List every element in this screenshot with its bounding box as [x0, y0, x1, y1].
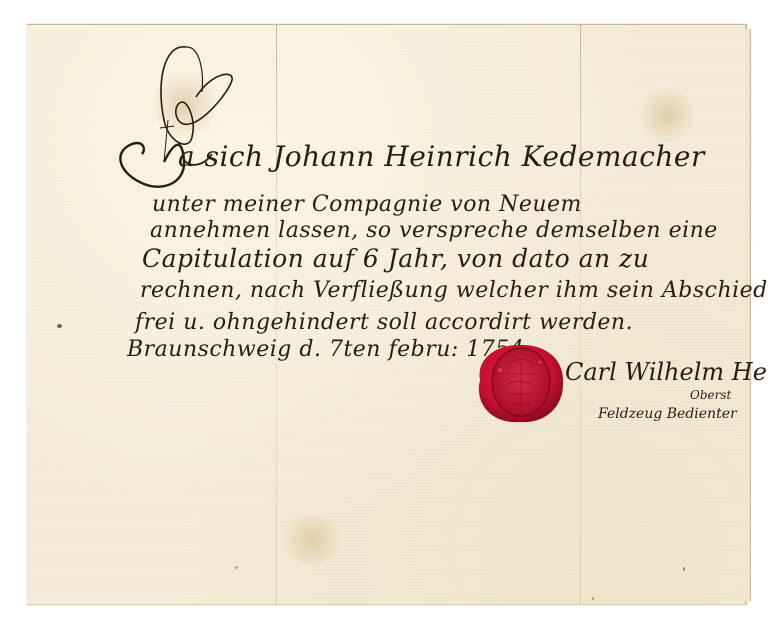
text-line-3: annehmen lassen, so verspreche demselben… — [150, 218, 718, 243]
ink-spot — [235, 566, 238, 569]
ink-spot — [57, 324, 62, 328]
wax-seal — [470, 340, 568, 426]
ink-spot — [592, 597, 594, 600]
text-line-1: a sich Johann Heinrich Kedemacher — [178, 140, 705, 173]
text-line-1-content: a sich Johann Heinrich Kedemacher — [178, 140, 705, 173]
text-line-6: frei u. ohngehindert soll accordirt werd… — [135, 310, 633, 335]
text-line-5: rechnen, nach Verfließung welcher ihm se… — [140, 278, 768, 303]
signature-title: Oberst — [690, 388, 731, 402]
date-line: Braunschweig d. 7ten febru: 1754 — [127, 337, 524, 362]
foxing-stain — [637, 85, 697, 145]
text-line-4: Capitulation auf 6 Jahr, von dato an zu — [142, 244, 649, 273]
text-line-2: unter meiner Compagnie von Neuem — [152, 192, 582, 217]
signature-rank: Feldzeug Bedienter — [598, 406, 737, 422]
foxing-stain — [277, 515, 347, 565]
paper-edge — [745, 29, 751, 601]
ink-spot — [683, 567, 685, 571]
signature: Carl Wilhelm Herz — [565, 358, 768, 386]
